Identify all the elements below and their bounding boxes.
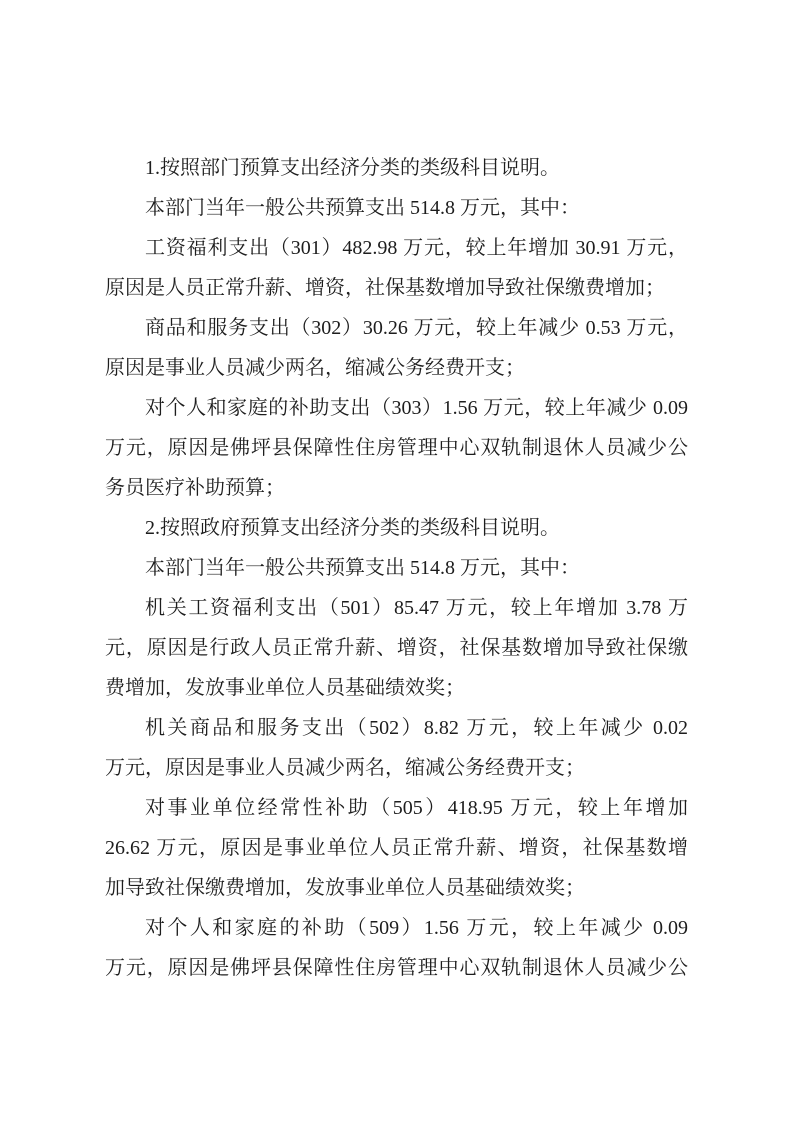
paragraph: 机关工资福利支出（501）85.47 万元，较上年增加 3.78 万 元，原因是… bbox=[105, 588, 688, 708]
text-line: 工资福利支出（301）482.98 万元，较上年增加 30.91 万元， bbox=[105, 228, 688, 268]
text-line: 2.按照政府预算支出经济分类的类级科目说明。 bbox=[105, 508, 688, 548]
text-line: 加导致社保缴费增加，发放事业单位人员基础绩效奖； bbox=[105, 868, 688, 908]
text-line: 对事业单位经常性补助（505）418.95 万元，较上年增加 bbox=[105, 788, 688, 828]
text-line: 万元，原因是事业人员减少两名，缩减公务经费开支； bbox=[105, 748, 688, 788]
paragraph: 对事业单位经常性补助（505）418.95 万元，较上年增加 26.62 万元，… bbox=[105, 788, 688, 908]
document-body-text: 1.按照部门预算支出经济分类的类级科目说明。 本部门当年一般公共预算支出 514… bbox=[105, 148, 688, 988]
paragraph: 对个人和家庭的补助（509）1.56 万元，较上年减少 0.09 万元，原因是佛… bbox=[105, 908, 688, 988]
text-line: 原因是事业人员减少两名，缩减公务经费开支； bbox=[105, 348, 688, 388]
paragraph: 1.按照部门预算支出经济分类的类级科目说明。 bbox=[105, 148, 688, 188]
text-line: 费增加，发放事业单位人员基础绩效奖； bbox=[105, 668, 688, 708]
text-line: 机关工资福利支出（501）85.47 万元，较上年增加 3.78 万 bbox=[105, 588, 688, 628]
paragraph: 商品和服务支出（302）30.26 万元，较上年减少 0.53 万元， 原因是事… bbox=[105, 308, 688, 388]
text-line: 万元，原因是佛坪县保障性住房管理中心双轨制退休人员减少公 bbox=[105, 428, 688, 468]
text-line: 元，原因是行政人员正常升薪、增资，社保基数增加导致社保缴 bbox=[105, 628, 688, 668]
text-line: 对个人和家庭的补助（509）1.56 万元，较上年减少 0.09 bbox=[105, 908, 688, 948]
document-page: 1.按照部门预算支出经济分类的类级科目说明。 本部门当年一般公共预算支出 514… bbox=[0, 0, 792, 1121]
paragraph: 本部门当年一般公共预算支出 514.8 万元，其中： bbox=[105, 548, 688, 588]
text-line: 万元，原因是佛坪县保障性住房管理中心双轨制退休人员减少公 bbox=[105, 948, 688, 988]
paragraph: 工资福利支出（301）482.98 万元，较上年增加 30.91 万元， 原因是… bbox=[105, 228, 688, 308]
text-line: 务员医疗补助预算； bbox=[105, 468, 688, 508]
paragraph: 2.按照政府预算支出经济分类的类级科目说明。 bbox=[105, 508, 688, 548]
text-line: 26.62 万元，原因是事业单位人员正常升薪、增资，社保基数增 bbox=[105, 828, 688, 868]
text-line: 本部门当年一般公共预算支出 514.8 万元，其中： bbox=[105, 188, 688, 228]
text-line: 原因是人员正常升薪、增资，社保基数增加导致社保缴费增加； bbox=[105, 268, 688, 308]
text-line: 1.按照部门预算支出经济分类的类级科目说明。 bbox=[105, 148, 688, 188]
text-line: 对个人和家庭的补助支出（303）1.56 万元，较上年减少 0.09 bbox=[105, 388, 688, 428]
text-line: 本部门当年一般公共预算支出 514.8 万元，其中： bbox=[105, 548, 688, 588]
paragraph: 本部门当年一般公共预算支出 514.8 万元，其中： bbox=[105, 188, 688, 228]
paragraph: 对个人和家庭的补助支出（303）1.56 万元，较上年减少 0.09 万元，原因… bbox=[105, 388, 688, 508]
text-line: 机关商品和服务支出（502）8.82 万元，较上年减少 0.02 bbox=[105, 708, 688, 748]
text-line: 商品和服务支出（302）30.26 万元，较上年减少 0.53 万元， bbox=[105, 308, 688, 348]
paragraph: 机关商品和服务支出（502）8.82 万元，较上年减少 0.02 万元，原因是事… bbox=[105, 708, 688, 788]
